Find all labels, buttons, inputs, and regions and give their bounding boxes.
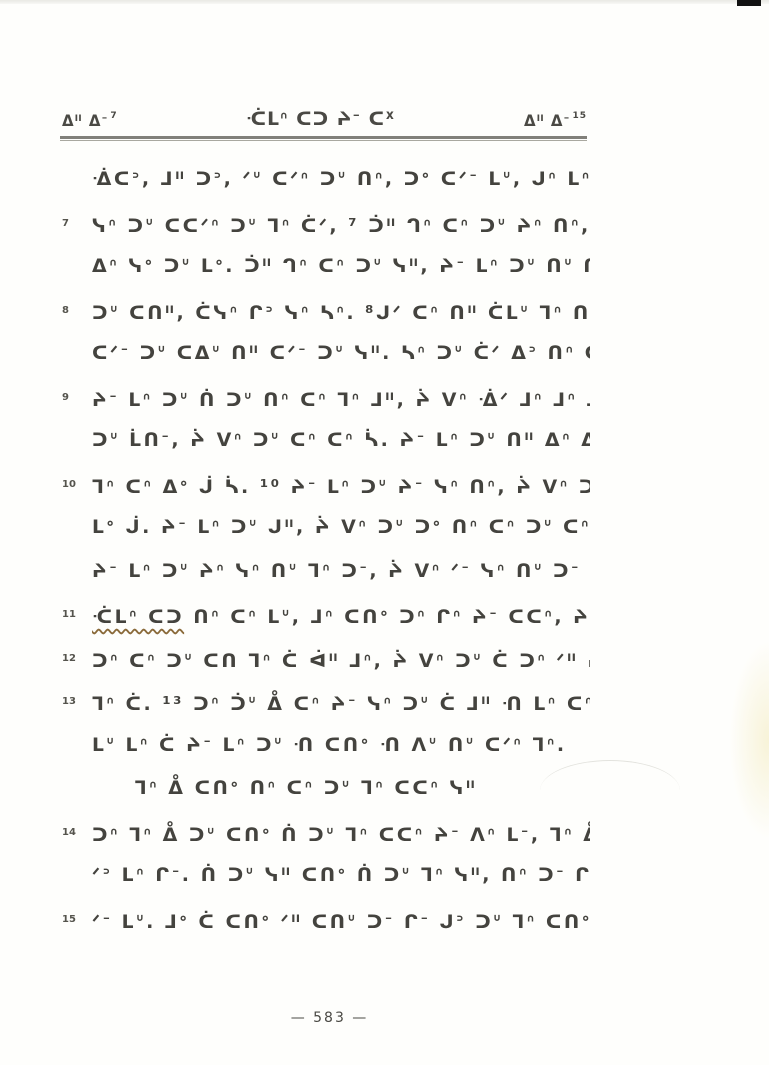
verse-number: 13 [62, 680, 92, 724]
verse-number: 12 [62, 637, 92, 681]
text-line: 12ᑐᐢ ᑕᐢ ᑐᐡ ᑕᑎ ᒣᐢ ᑖ ᐋᐦ ᒧᐢ, ᔩ ᐯᐢ ᑐᐡ ᑖ ᑐᐢ ᐟ… [62, 637, 590, 681]
line-text: ᔨᐨ ᒪᐢ ᑐᐡ ᑏ ᑐᐡ ᑎᐢ ᑕᐢ ᒣᐢ ᒧᐦ, ᔩ ᐯᐢ ᐐᐟ ᒧᐢ ᒧᐢ… [92, 389, 590, 411]
header-right-reference: ᐃᐦ ᐃᐨ15 [524, 111, 587, 130]
text-line: 10ᒣᐢ ᑕᐢ ᐃᐤ ᒎ ᓵ. ¹⁰ ᔨᐨ ᒪᐢ ᑐᐡ ᔨᐨ ᓭᐢ ᑎᐢ, ᔩ … [62, 463, 590, 507]
scan-corner-mark [737, 0, 761, 6]
verse-number: 15 [62, 898, 92, 942]
line-text: ᒣᐢ ᑖ. ¹³ ᑐᐢ ᑑᐡ ᐂ ᑕᐢ ᔨᐨ ᓭᐢ ᑐᐡ ᑖ ᒧᐦ ᑙ ᒪᐢ ᑕ… [92, 693, 590, 715]
text-line: 8ᑐᐡ ᑕᑎᐦ, ᑖᓭᐢ ᒋᐣ ᓭᐢ ᓴᐢ. ⁸ᒍᐟ ᑕᐢ ᑎᐦ ᑖᒪᐡ ᒣᐢ … [62, 289, 590, 333]
text-line: ᑕᐟᐨ ᑐᐡ ᑕᐃᐡ ᑎᐦ ᑕᐟᐨ ᑐᐡ ᓭᐦ. ᓴᐢ ᑐᐡ ᑖᐟ ᐃᐣ ᑎᐢ … [62, 332, 590, 376]
text-line: 14ᑐᐢ ᒣᐢ ᐂ ᑐᐡ ᑕᑎᐤ ᑏ ᑐᐡ ᒣᐢ ᑕᑕᐢ ᔨᐨ ᐱᐢ ᒪᐨ, ᒣ… [62, 811, 590, 855]
header-title: ᑣᒪᐢ ᑕᑐ ᔨᐨ ᑕᕽ [246, 108, 396, 130]
header-right-verse: 15 [572, 111, 587, 121]
header-left-book: ᐃᐦ ᐃᐨ [62, 112, 108, 130]
verse-number: 7 [62, 202, 92, 246]
text-line: 7ᓭᐢ ᑐᐡ ᑕᑕᐟᐢ ᑐᐡ ᒣᐢ ᑖᐟ, ⁷ ᑑᐦ ᒉᐢ ᑕᐢ ᑐᐡ ᔨᐢ ᑎ… [62, 202, 590, 246]
header-rule-thin [60, 140, 587, 141]
text-line: 15ᐟᐨ ᒪᐡ. ᒧᐤ ᑖ ᑕᑎᐤ ᐟᐦ ᑕᑎᐡ ᑐᐨ ᒋᐨ ᒍᐣ ᑐᐡ ᒣᐢ … [62, 898, 590, 942]
line-text: ᑐᐡ ᑕᑎᐦ, ᑖᓭᐢ ᒋᐣ ᓭᐢ ᓴᐢ. ⁸ᒍᐟ ᑕᐢ ᑎᐦ ᑖᒪᐡ ᒣᐢ ᑎ… [92, 302, 590, 324]
text-line: ᐟᐣ ᒪᐢ ᒋᐨ. ᑏ ᑐᐡ ᓭᐦ ᑕᑎᐤ ᑏ ᑐᐡ ᒣᐢ ᓭᐦ, ᑎᐢ ᑐᐨ … [62, 854, 590, 898]
verse-number: 11 [62, 593, 92, 637]
page-number: — 583 — [0, 1010, 769, 1026]
line-text: ᑐᐢ ᒣᐢ ᐂ ᑐᐡ ᑕᑎᐤ ᑏ ᑐᐡ ᒣᐢ ᑕᑕᐢ ᔨᐨ ᐱᐢ ᒪᐨ, ᒣᐢ … [92, 824, 590, 846]
line-text: ᑐᐡ ᒫᑎᐨ, ᔩ ᐯᐢ ᑐᐡ ᑕᐢ ᑕᐢ ᓵ. ᔨᐨ ᒪᐢ ᑐᐡ ᑎᐦ ᐃᐢ … [62, 429, 590, 451]
header-left-reference: ᐃᐦ ᐃᐨ7 [62, 111, 118, 130]
line-text: ᒣᐢ ᐂ ᑕᑎᐤ ᑎᐢ ᑕᐢ ᑐᐡ ᒣᐢ ᑕᑕᐢ ᓭᐦ [135, 777, 478, 799]
page-body: ᐐᑕᐣ, ᒧᐦ ᑐᐣ, ᐟᐡ ᑕᐟᐢ ᑐᐡ ᑎᐢ, ᑐᐤ ᑕᐟᐨ ᒪᐡ, ᒍᐢ … [62, 158, 590, 941]
header-rule [60, 136, 587, 139]
line-text: ᐃᐢ ᓭᐤ ᑐᐡ ᒪᐤ. ᑑᐦ ᒉᐢ ᑕᐢ ᑐᐡ ᓭᐦ, ᔨᐨ ᒪᐢ ᑐᐡ ᑎᐡ… [62, 255, 590, 277]
text-line: ᑐᐡ ᒫᑎᐨ, ᔩ ᐯᐢ ᑐᐡ ᑕᐢ ᑕᐢ ᓵ. ᔨᐨ ᒪᐢ ᑐᐡ ᑎᐦ ᐃᐢ … [62, 419, 590, 463]
header-right-book: ᐃᐦ ᐃᐨ [524, 112, 570, 130]
line-text: ᓭᐢ ᑐᐡ ᑕᑕᐟᐢ ᑐᐡ ᒣᐢ ᑖᐟ, ⁷ ᑑᐦ ᒉᐢ ᑕᐢ ᑐᐡ ᔨᐢ ᑎᐢ… [92, 215, 590, 237]
line-text: ᒪᐤ ᒎ. ᔨᐨ ᒪᐢ ᑐᐡ ᒍᐦ, ᔩ ᐯᐢ ᑐᐡ ᑐᐤ ᑎᐢ ᑕᐢ ᑐᐡ ᑕ… [62, 516, 590, 538]
line-text: ᐐᑕᐣ, ᒧᐦ ᑐᐣ, ᐟᐡ ᑕᐟᐢ ᑐᐡ ᑎᐢ, ᑐᐤ ᑕᐟᐨ ᒪᐡ, ᒍᐢ … [62, 168, 590, 190]
text-line: ᒣᐢ ᐂ ᑕᑎᐤ ᑎᐢ ᑕᐢ ᑐᐡ ᒣᐢ ᑕᑕᐢ ᓭᐦ [62, 767, 590, 811]
line-text: ᒪᐡ ᒪᐢ ᑖ ᔨᐨ ᒪᐢ ᑐᐡ ᑙ ᑕᑎᐤ ᑙ ᐱᐡ ᑎᐡ ᑕᐟᐢ ᒣᐢ. [62, 734, 567, 756]
paper-stain [729, 640, 769, 840]
verse-number: 14 [62, 811, 92, 855]
underlined-name: ᑣᒪᐢ ᑕᑐ [92, 606, 184, 628]
line-text: ᑕᐟᐨ ᑐᐡ ᑕᐃᐡ ᑎᐦ ᑕᐟᐨ ᑐᐡ ᓭᐦ. ᓴᐢ ᑐᐡ ᑖᐟ ᐃᐣ ᑎᐢ … [62, 342, 590, 364]
text-line: ᐃᐢ ᓭᐤ ᑐᐡ ᒪᐤ. ᑑᐦ ᒉᐢ ᑕᐢ ᑐᐡ ᓭᐦ, ᔨᐨ ᒪᐢ ᑐᐡ ᑎᐡ… [62, 245, 590, 289]
line-text: ᐟᐣ ᒪᐢ ᒋᐨ. ᑏ ᑐᐡ ᓭᐦ ᑕᑎᐤ ᑏ ᑐᐡ ᒣᐢ ᓭᐦ, ᑎᐢ ᑐᐨ … [62, 864, 590, 886]
text-line: ᒪᐡ ᒪᐢ ᑖ ᔨᐨ ᒪᐢ ᑐᐡ ᑙ ᑕᑎᐤ ᑙ ᐱᐡ ᑎᐡ ᑕᐟᐢ ᒣᐢ. [62, 724, 590, 768]
text-line: 11ᑣᒪᐢ ᑕᑐ ᑎᐢ ᑕᐢ ᒪᐡ, ᒧᐢ ᑕᑎᐤ ᑐᐢ ᒋᐢ ᔨᐨ ᑕᑕᐢ, … [62, 593, 590, 637]
header-left-verse: 7 [110, 111, 117, 121]
verse-number: 10 [62, 463, 92, 507]
text-line: 9ᔨᐨ ᒪᐢ ᑐᐡ ᑏ ᑐᐡ ᑎᐢ ᑕᐢ ᒣᐢ ᒧᐦ, ᔩ ᐯᐢ ᐐᐟ ᒧᐢ ᒧ… [62, 376, 590, 420]
scan-edge [0, 0, 769, 4]
line-text: ᑐᐢ ᑕᐢ ᑐᐡ ᑕᑎ ᒣᐢ ᑖ ᐋᐦ ᒧᐢ, ᔩ ᐯᐢ ᑐᐡ ᑖ ᑐᐢ ᐟᐦ … [92, 650, 590, 672]
text-line: ᐐᑕᐣ, ᒧᐦ ᑐᐣ, ᐟᐡ ᑕᐟᐢ ᑐᐡ ᑎᐢ, ᑐᐤ ᑕᐟᐨ ᒪᐡ, ᒍᐢ … [62, 158, 590, 202]
verse-number: 9 [62, 376, 92, 420]
running-header: ᐃᐦ ᐃᐨ7 ᑣᒪᐢ ᑕᑐ ᔨᐨ ᑕᕽ ᐃᐦ ᐃᐨ15 [62, 100, 587, 130]
line-text: ᒣᐢ ᑕᐢ ᐃᐤ ᒎ ᓵ. ¹⁰ ᔨᐨ ᒪᐢ ᑐᐡ ᔨᐨ ᓭᐢ ᑎᐢ, ᔩ ᐯᐢ… [92, 476, 590, 498]
line-text: ᔨᐨ ᒪᐢ ᑐᐡ ᔨᐢ ᓭᐢ ᑎᐡ ᒣᐢ ᑐᐨ, ᔩ ᐯᐢ ᐟᐨ ᓭᐢ ᑎᐡ ᑐ… [62, 560, 590, 582]
text-line: ᔨᐨ ᒪᐢ ᑐᐡ ᔨᐢ ᓭᐢ ᑎᐡ ᒣᐢ ᑐᐨ, ᔩ ᐯᐢ ᐟᐨ ᓭᐢ ᑎᐡ ᑐ… [62, 550, 590, 594]
line-text: ᐟᐨ ᒪᐡ. ᒧᐤ ᑖ ᑕᑎᐤ ᐟᐦ ᑕᑎᐡ ᑐᐨ ᒋᐨ ᒍᐣ ᑐᐡ ᒣᐢ ᑕᑎ… [92, 911, 590, 933]
line-text: ᑣᒪᐢ ᑕᑐ ᑎᐢ ᑕᐢ ᒪᐡ, ᒧᐢ ᑕᑎᐤ ᑐᐢ ᒋᐢ ᔨᐨ ᑕᑕᐢ, ᔨᐨ… [92, 606, 590, 628]
verse-number: 8 [62, 289, 92, 333]
text-line: 13ᒣᐢ ᑖ. ¹³ ᑐᐢ ᑑᐡ ᐂ ᑕᐢ ᔨᐨ ᓭᐢ ᑐᐡ ᑖ ᒧᐦ ᑙ ᒪᐢ… [62, 680, 590, 724]
text-line: ᒪᐤ ᒎ. ᔨᐨ ᒪᐢ ᑐᐡ ᒍᐦ, ᔩ ᐯᐢ ᑐᐡ ᑐᐤ ᑎᐢ ᑕᐢ ᑐᐡ ᑕ… [62, 506, 590, 550]
